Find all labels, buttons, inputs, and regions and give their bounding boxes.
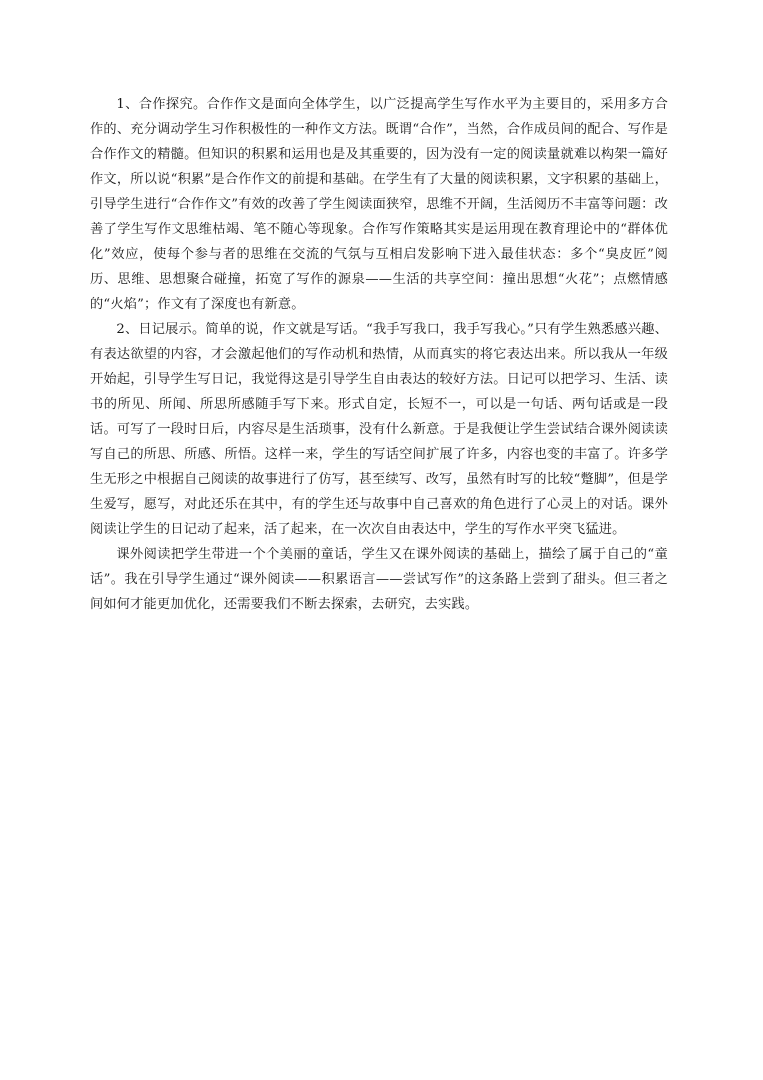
- paragraph-diary-display: 2、日记展示。简单的说，作文就是写话。“我手写我口，我手写我心。”只有学生熟悉感…: [90, 317, 668, 542]
- paragraph-cooperative-inquiry: 1、合作探究。合作作文是面向全体学生，以广泛提高学生写作水平为主要目的，采用多方…: [90, 92, 668, 317]
- document-page: 1、合作探究。合作作文是面向全体学生，以广泛提高学生写作水平为主要目的，采用多方…: [90, 92, 668, 617]
- paragraph-conclusion: 课外阅读把学生带进一个个美丽的童话，学生又在课外阅读的基础上，描绘了属于自己的“…: [90, 542, 668, 617]
